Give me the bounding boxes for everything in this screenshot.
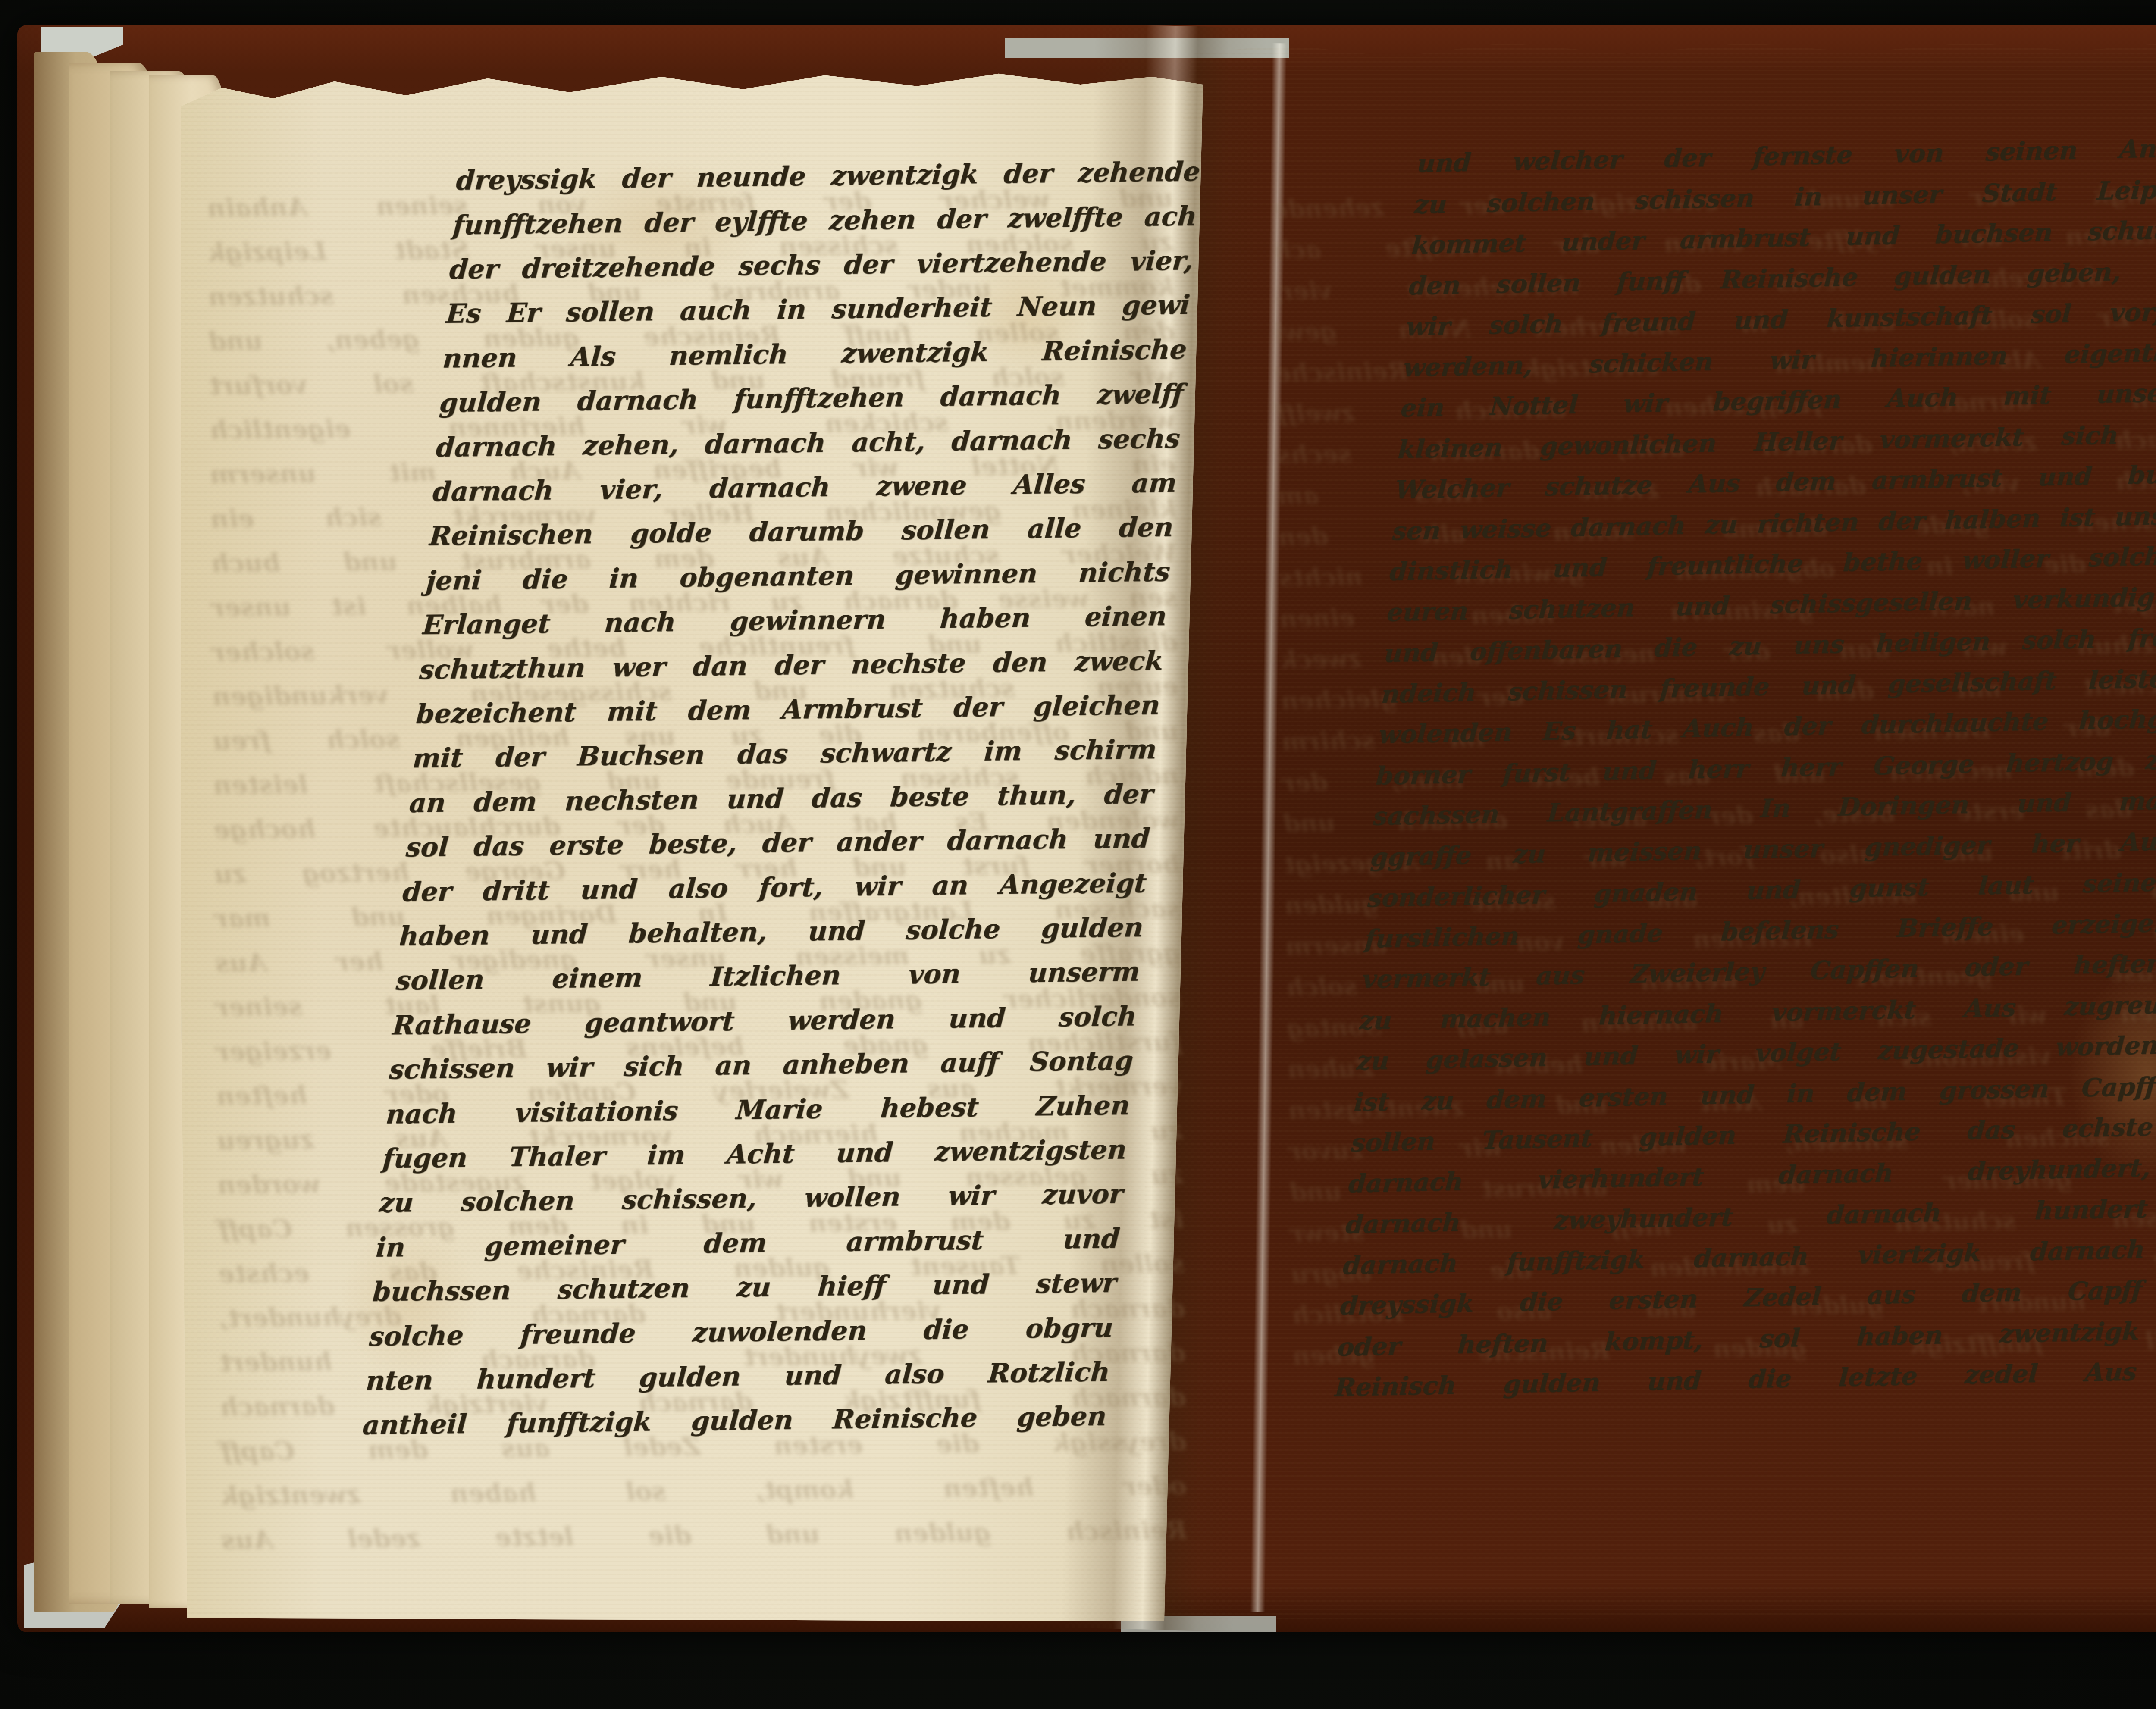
manuscript-text-right-page: und welcher der fernste von seinen Anhai…: [1334, 127, 2156, 1408]
photograph-background: und welcher der fernste von seinen Anhai…: [0, 0, 2156, 1709]
manuscript-line: antheil funfftzigk gulden Reinische gebe…: [361, 1394, 1108, 1448]
manuscript-text-left-page: dreyssigk der neunde zwentzigk der zehen…: [361, 150, 1202, 1448]
